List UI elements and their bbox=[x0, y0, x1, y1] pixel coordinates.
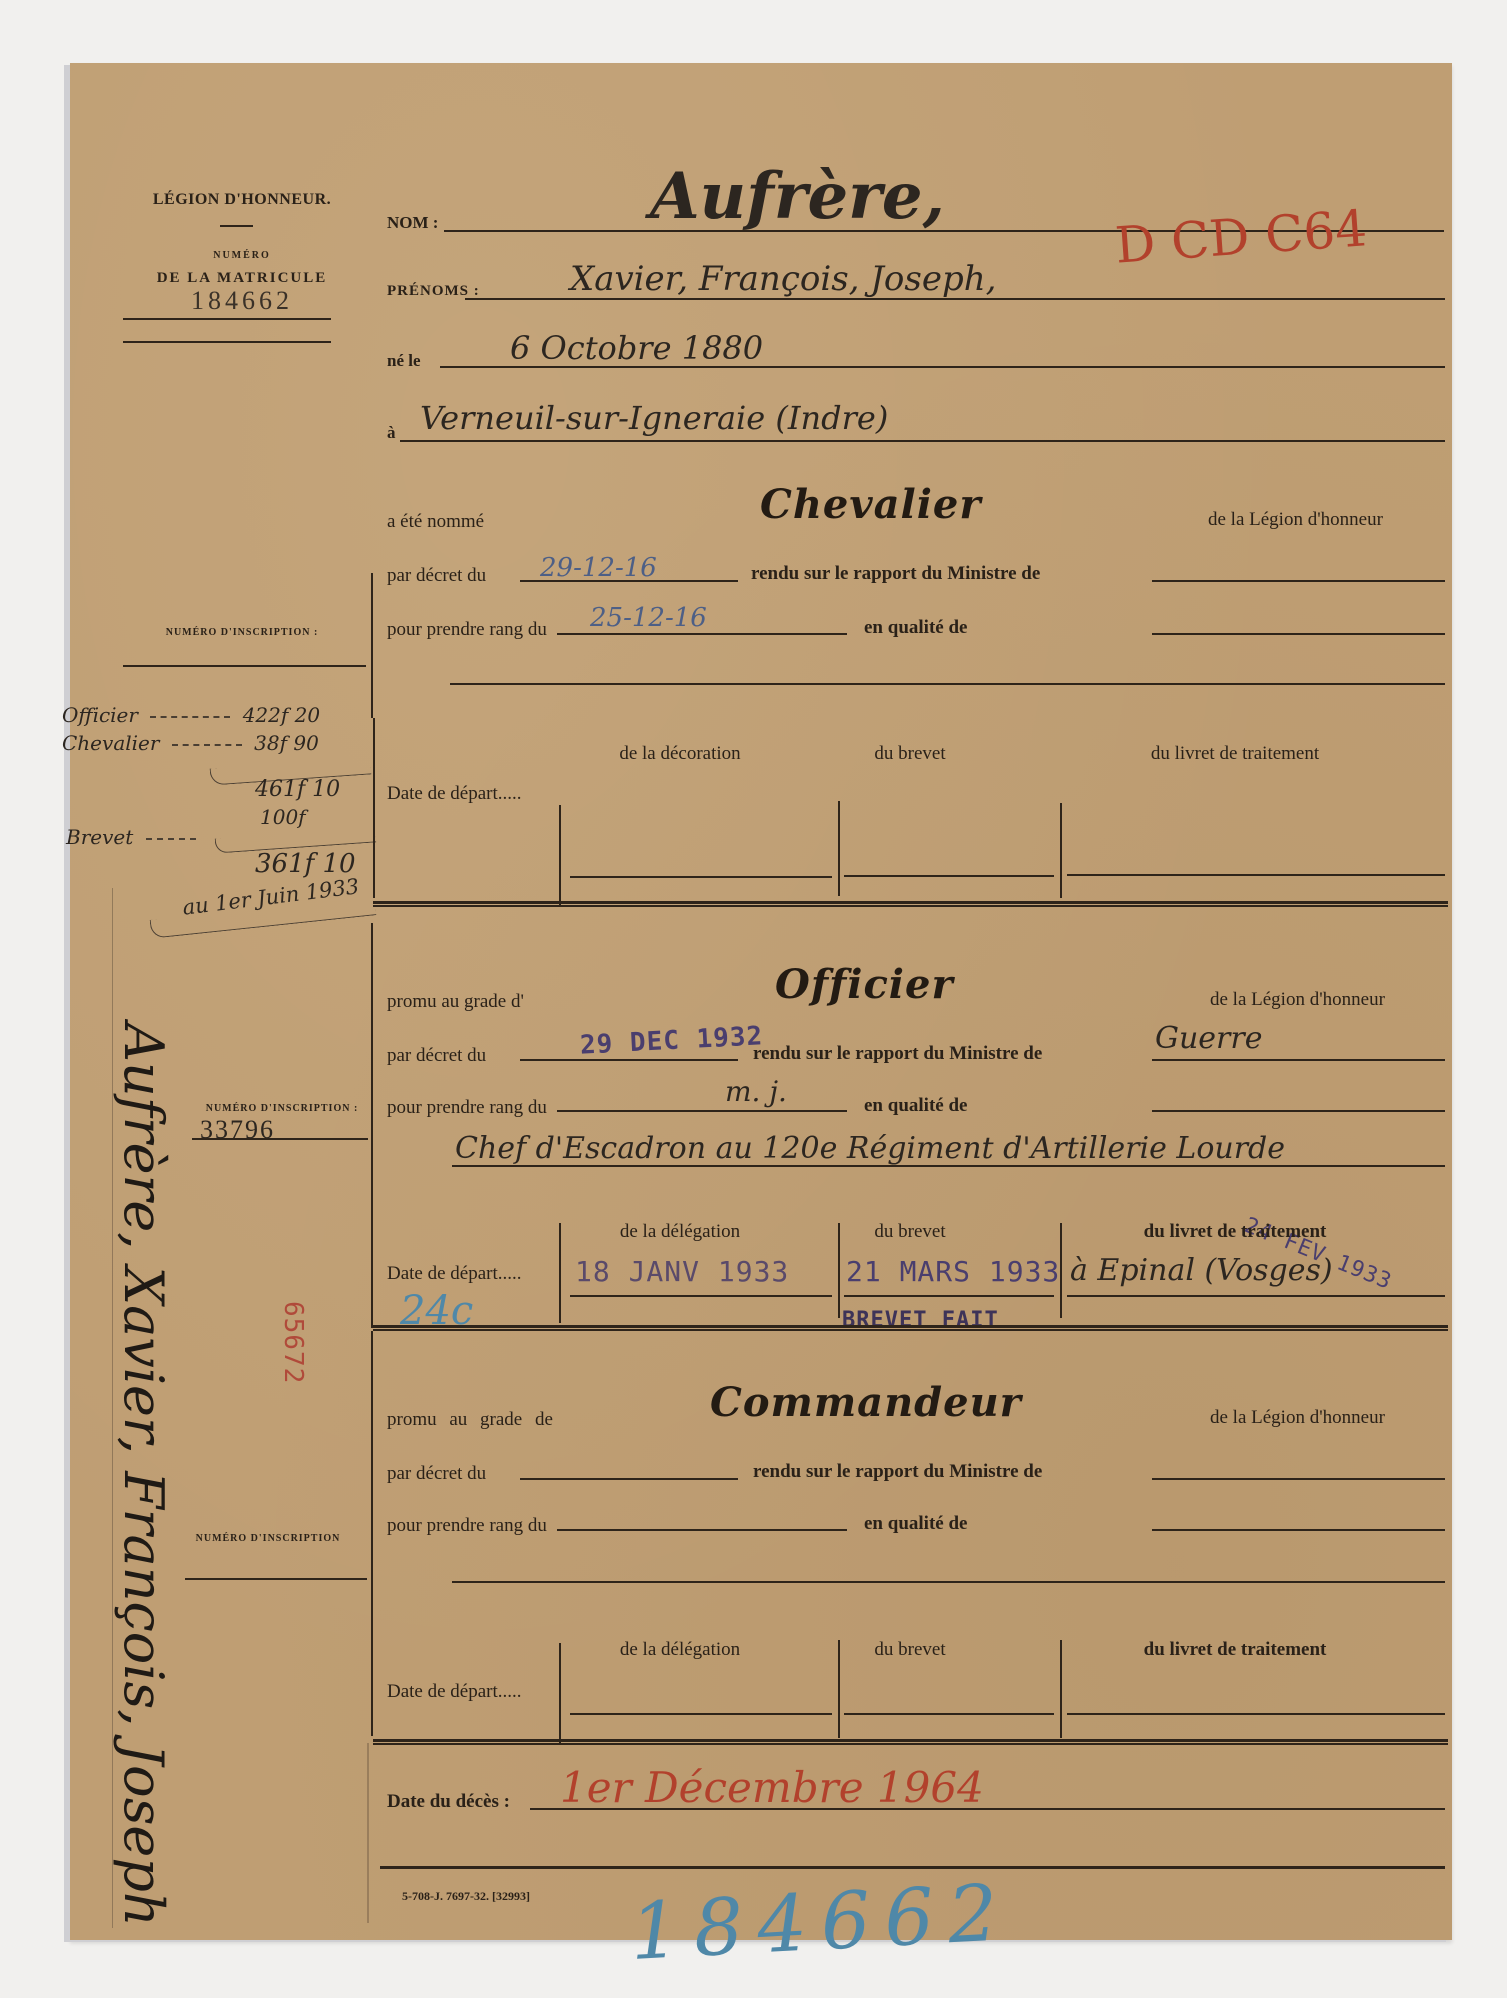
commandeur-rapport-label: rendu sur le rapport du Ministre de bbox=[753, 1461, 1042, 1483]
commandeur-col-3: du livret de traitement bbox=[1045, 1639, 1425, 1661]
ledger-chevalier: Chevalier 38f 90 bbox=[62, 731, 319, 755]
inscription-label-3: NUMÉRO D'INSCRIPTION bbox=[168, 1533, 368, 1544]
red-annotation: D CD C64 bbox=[1113, 199, 1369, 274]
deces-value: 1er Décembre 1964 bbox=[560, 1763, 984, 1812]
inscription-label-2: NUMÉRO D'INSCRIPTION : bbox=[172, 1103, 392, 1114]
commandeur-decret-line bbox=[520, 1478, 738, 1480]
commandeur-depart-label: Date de départ..... bbox=[387, 1681, 522, 1703]
ledger-officier-label: Officier bbox=[62, 703, 138, 727]
header-divider bbox=[220, 225, 253, 227]
officier-col-divider-1 bbox=[838, 1223, 840, 1318]
nom-value: Aufrère, bbox=[650, 159, 945, 234]
printer-code: 5-708-J. 7697-32. [32993] bbox=[402, 1889, 530, 1904]
commandeur-rapport-line bbox=[1152, 1478, 1445, 1480]
officier-col-line-1 bbox=[570, 1295, 832, 1297]
officier-grade: Officier bbox=[775, 961, 954, 1008]
officier-intro: promu au grade d' bbox=[387, 991, 524, 1013]
chevalier-col-line-2 bbox=[844, 875, 1054, 877]
prenoms-value: Xavier, François, Joseph, bbox=[570, 259, 996, 299]
officier-col-2: du brevet bbox=[810, 1221, 1010, 1243]
commandeur-rang-label: pour prendre rang du bbox=[387, 1515, 547, 1537]
officier-col-divider-2 bbox=[1060, 1223, 1062, 1318]
bottom-rule bbox=[380, 1866, 1445, 1869]
chevalier-grade: Chevalier bbox=[760, 481, 981, 528]
chevalier-col-3: du livret de traitement bbox=[1045, 743, 1425, 765]
matricule-label: DE LA MATRICULE bbox=[142, 270, 342, 287]
matricule-value: 184662 bbox=[142, 286, 342, 316]
chevalier-suffix: de la Légion d'honneur bbox=[1208, 509, 1383, 531]
chevalier-decret-label: par décret du bbox=[387, 565, 486, 587]
commandeur-col-2: du brevet bbox=[810, 1639, 1010, 1661]
matricule-label-numero: NUMÉRO bbox=[142, 250, 342, 261]
commandeur-col-divider-2 bbox=[1060, 1640, 1062, 1738]
vertical-name: Aufrère, Xavier, François, Joseph bbox=[114, 1023, 178, 1927]
officier-col-line-3 bbox=[1067, 1295, 1445, 1297]
officier-brevet-stamp: 21 MARS 1933 bbox=[846, 1255, 1060, 1288]
chevalier-col-divider-1 bbox=[838, 801, 840, 896]
officier-col-3: du livret de traitement bbox=[1045, 1221, 1425, 1243]
section-divider-1 bbox=[373, 901, 1448, 907]
chevalier-decret-value: 29-12-16 bbox=[540, 553, 657, 583]
commandeur-grade: Commandeur bbox=[710, 1379, 1022, 1426]
officier-decret-stamp: 29 DEC 1932 bbox=[579, 1021, 764, 1061]
commandeur-qualite-line-2 bbox=[452, 1581, 1445, 1583]
chevalier-depart-label: Date de départ..... bbox=[387, 783, 522, 805]
commandeur-intro: promu au grade de bbox=[387, 1409, 553, 1431]
ledger-chevalier-amount: 38f 90 bbox=[254, 731, 319, 755]
blue-matricule: 184662 bbox=[628, 1868, 1014, 1978]
commandeur-qualite-line bbox=[1152, 1529, 1445, 1531]
ledger-brevet-label: Brevet bbox=[66, 825, 133, 849]
officier-qualite-line bbox=[1152, 1110, 1445, 1112]
ledger-total: 361f 10 bbox=[255, 849, 356, 879]
commandeur-rang-line bbox=[557, 1529, 847, 1531]
chevalier-col-line-1 bbox=[570, 876, 832, 878]
commandeur-decret-label: par décret du bbox=[387, 1463, 486, 1485]
officier-depart-label: Date de départ..... bbox=[387, 1263, 522, 1285]
legion-honneur-record-card: LÉGION D'HONNEUR. NUMÉRO DE LA MATRICULE… bbox=[70, 63, 1452, 1940]
inscription-label-1: NUMÉRO D'INSCRIPTION : bbox=[132, 627, 352, 638]
matricule-underline-2 bbox=[123, 341, 331, 343]
left-column-border-5 bbox=[367, 1743, 369, 1923]
officier-livret-value: à Epinal (Vosges) bbox=[1070, 1253, 1333, 1288]
commandeur-col-line-2 bbox=[844, 1713, 1054, 1715]
chevalier-rang-value: 25-12-16 bbox=[590, 603, 707, 633]
left-column-border-2 bbox=[373, 718, 375, 898]
inscription-underline-1 bbox=[123, 665, 366, 667]
inscription-value-2: 33796 bbox=[200, 1115, 275, 1145]
ne-le-value: 6 Octobre 1880 bbox=[510, 329, 763, 367]
officier-qualite-value: Chef d'Escadron au 120e Régiment d'Artil… bbox=[455, 1131, 1285, 1166]
chevalier-intro: a été nommé bbox=[387, 511, 484, 533]
chevalier-col-line-3 bbox=[1067, 874, 1445, 876]
ledger-brevet-amount: 100f bbox=[260, 805, 306, 829]
officier-rang-line bbox=[557, 1110, 847, 1112]
commandeur-qualite-label: en qualité de bbox=[864, 1513, 967, 1535]
commandeur-col-1: de la délégation bbox=[560, 1639, 800, 1661]
ledger-brevet: Brevet bbox=[66, 825, 202, 849]
chevalier-brace bbox=[559, 805, 561, 905]
ledger-chevalier-label: Chevalier bbox=[62, 731, 159, 755]
ne-le-label: né le bbox=[387, 351, 421, 371]
chevalier-col-1: de la décoration bbox=[560, 743, 800, 765]
officier-decret-line bbox=[520, 1059, 738, 1061]
deces-label: Date du décès : bbox=[387, 1791, 510, 1813]
sidebar-header: LÉGION D'HONNEUR. bbox=[142, 191, 342, 209]
chevalier-qualite-line bbox=[1152, 633, 1445, 635]
section-divider-2 bbox=[373, 1325, 1448, 1331]
ledger-subtotal: 461f 10 bbox=[255, 777, 340, 802]
nom-label: NOM : bbox=[387, 213, 438, 233]
officier-suffix: de la Légion d'honneur bbox=[1210, 989, 1385, 1011]
ledger-officier: Officier 422f 20 bbox=[62, 703, 320, 727]
left-column-border-3 bbox=[371, 923, 373, 1328]
chevalier-qualite-label: en qualité de bbox=[864, 617, 967, 639]
red-stamp-number: 65672 bbox=[278, 1301, 308, 1384]
commandeur-col-divider-1 bbox=[838, 1640, 840, 1738]
chevalier-rapport-label: rendu sur le rapport du Ministre de bbox=[751, 563, 1040, 585]
officier-rang-value: m. j. bbox=[725, 1075, 787, 1108]
officier-delegation-stamp: 18 JANV 1933 bbox=[575, 1255, 789, 1288]
section-divider-3 bbox=[373, 1739, 1448, 1745]
a-value: Verneuil-sur-Igneraie (Indre) bbox=[420, 399, 888, 437]
officier-decret-label: par décret du bbox=[387, 1045, 486, 1067]
inscription-underline-3 bbox=[185, 1578, 367, 1580]
chevalier-qualite-line-2 bbox=[450, 683, 1445, 685]
officier-col-line-2 bbox=[844, 1295, 1054, 1297]
officier-rapport-line bbox=[1152, 1059, 1445, 1061]
a-label: à bbox=[387, 423, 396, 443]
chevalier-rang-label: pour prendre rang du bbox=[387, 619, 547, 641]
officier-rapport-value: Guerre bbox=[1155, 1021, 1262, 1056]
matricule-underline bbox=[123, 318, 331, 320]
chevalier-col-divider-2 bbox=[1060, 803, 1062, 898]
a-line bbox=[400, 440, 1445, 442]
officier-rapport-label: rendu sur le rapport du Ministre de bbox=[753, 1043, 1042, 1065]
commandeur-col-line-3 bbox=[1067, 1713, 1445, 1715]
left-column-border-1 bbox=[371, 573, 373, 718]
chevalier-rang-line bbox=[557, 633, 847, 635]
chevalier-rapport-line bbox=[1152, 580, 1445, 582]
officier-rang-label: pour prendre rang du bbox=[387, 1097, 547, 1119]
left-column-border-4 bbox=[371, 1331, 373, 1736]
inscription-underline-2 bbox=[192, 1138, 368, 1140]
ledger-officier-amount: 422f 20 bbox=[243, 703, 320, 727]
commandeur-col-line-1 bbox=[570, 1713, 832, 1715]
officier-col-1: de la délégation bbox=[560, 1221, 800, 1243]
commandeur-suffix: de la Légion d'honneur bbox=[1210, 1407, 1385, 1429]
officier-qualite-label: en qualité de bbox=[864, 1095, 967, 1117]
chevalier-col-2: du brevet bbox=[810, 743, 1010, 765]
